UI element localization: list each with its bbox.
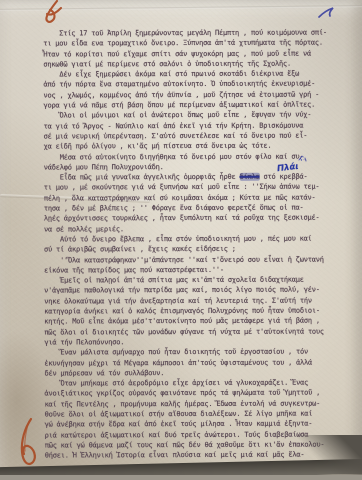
text-line: λῃές ἀρχόντισσες τουρκάλες , ἦταν ξυπόλυ… xyxy=(44,213,348,224)
text-line: Ὅλοι οἱ μόνιμοι καί οἱ ἀνώτεροι ὅπως μοῦ… xyxy=(44,110,348,121)
text-line: τι μου , μέ σκούντησε γιά νά ξυπνήσω καί… xyxy=(44,182,348,193)
text-line: γώ ἀνέβηκα στήν ἕδρα καί ἀπό ἐκεῖ τούς μ… xyxy=(45,419,349,430)
text-line: κητής. Μοῦ εἶπε ἀκόμα μέσ'τ'αυτοκίνητο π… xyxy=(44,316,348,327)
text-line: πῶς ὅλοι οἱ διοικητές τῶν μονάδων φύγανε… xyxy=(44,326,348,337)
text-line: Αὐτό τό ὄνειρο ἔβλεπα , εἶπα στόν ὑποδιο… xyxy=(44,233,348,244)
crossed-out-word: δίπλα xyxy=(240,173,260,181)
text-line: ἐκυνήγησαν μέχρι τά Μέγαρα κάμποσοι ἀπ'τ… xyxy=(44,357,348,368)
text-segment: Εἶδα πῶς μιά γυναῖκα ἀγγελικῆς ὀμορφιᾶς … xyxy=(60,173,240,182)
text-line: ν'ἀγαπᾶμε παθολογικά τήν πατρίδα μας καί… xyxy=(44,285,348,296)
text-line: ἀνοιξιάτικος γκρίζος οὐρανός φαινότανε π… xyxy=(45,388,349,399)
text-line: τι μου εἶδα ενα τρομαχτικό ὄνειρο. Ξύπνη… xyxy=(43,38,347,49)
handwritten-stray-mark: ϛ.. xyxy=(299,154,307,162)
scanned-page: Στίς 17 τοῦ Ἀπρίλη ξημερώνοντας μεγάλη Π… xyxy=(0,0,362,480)
text-line: Ἦταν τό κορίτσι πού εἴχαμε σπίτι σάν ψυχ… xyxy=(43,48,347,59)
text-line: ''Ὅλα καταστράφηκαν''μ'ἀπάντησε ''καί τ'… xyxy=(44,254,348,265)
text-line: Ἕναν μάλιστα σμήναρχο πού ἦταν διοικητής… xyxy=(44,347,348,358)
bottom-right-corner-fold xyxy=(292,435,362,480)
text-line: ἀπό τήν πόρτα ἕνα σταματημένο αὐτοκίνητο… xyxy=(43,79,347,90)
text-lines: Στίς 17 τοῦ Ἀπρίλη ξημερώνοντας μεγάλη Π… xyxy=(43,27,349,461)
scanner-bed-strip xyxy=(0,475,362,480)
text-segment: στό κρεββά- xyxy=(259,173,307,181)
typewritten-text-block: Στίς 17 τοῦ Ἀπρίλη ξημερώνοντας μεγάλη Π… xyxy=(43,27,349,461)
text-line: σέ μιά νευρική ὑπερένταση. Σ'αὐτό συνετέ… xyxy=(44,130,348,141)
